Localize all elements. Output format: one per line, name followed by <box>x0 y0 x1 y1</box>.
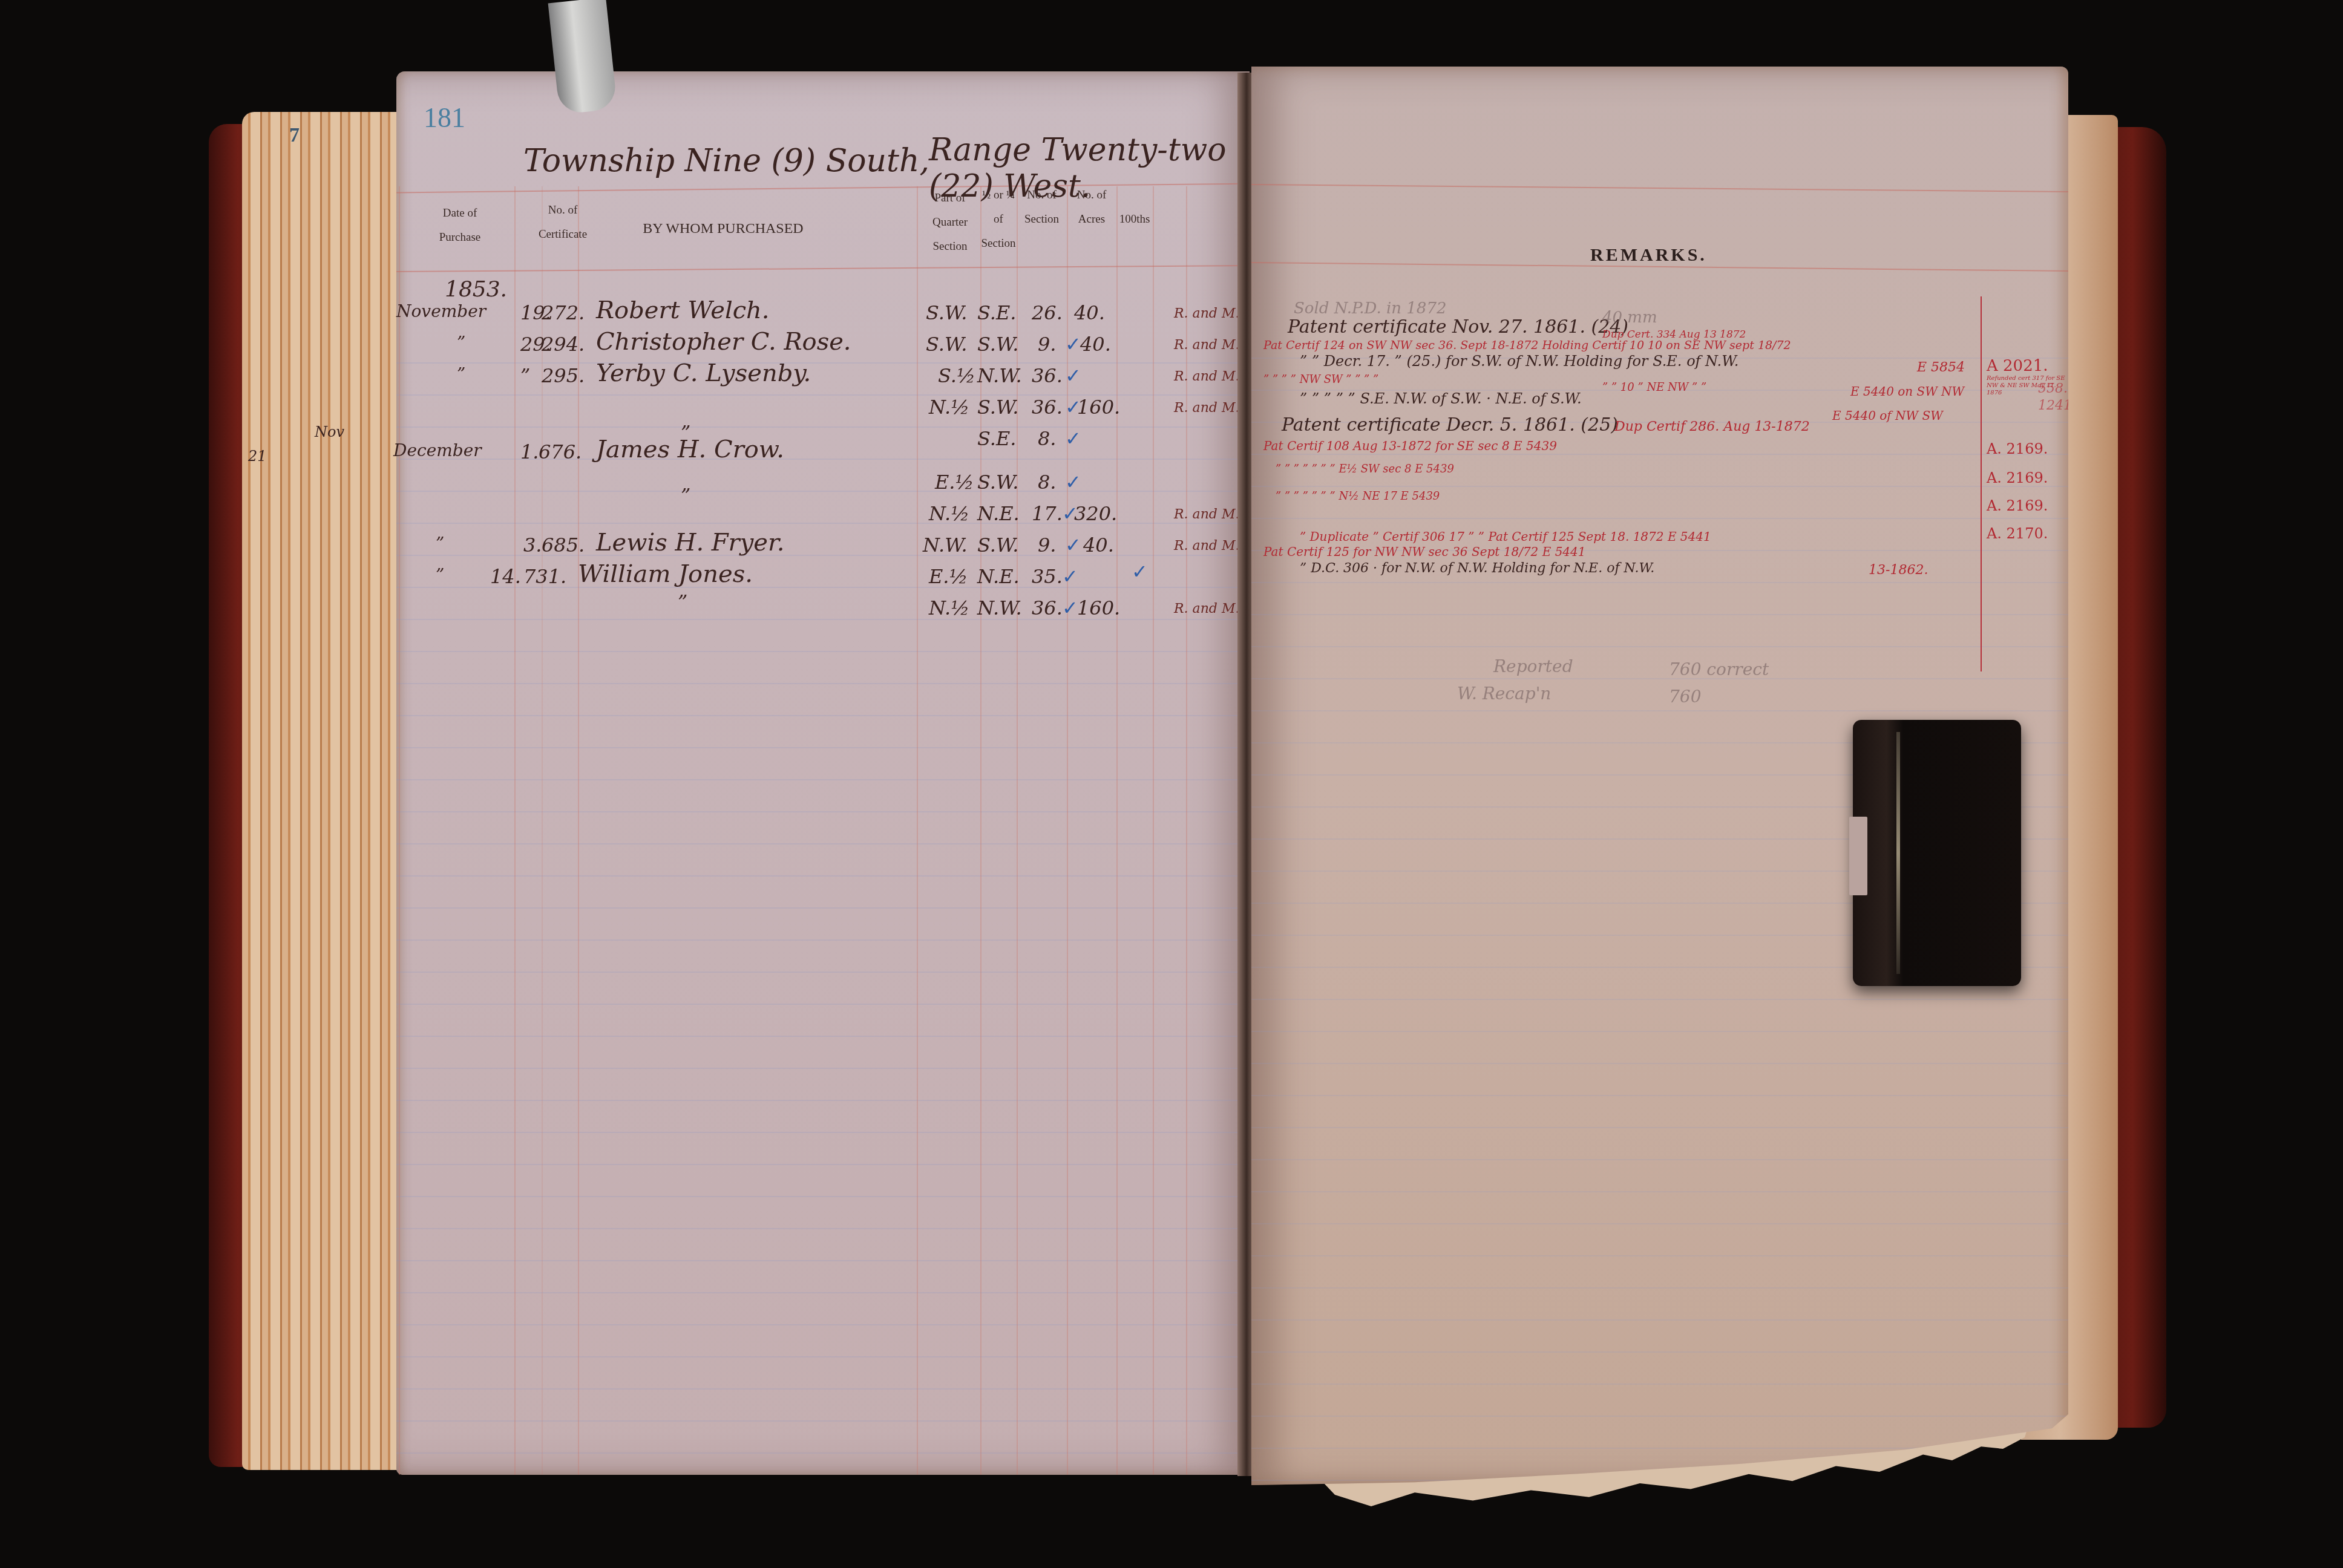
col-header-date: Date of Purchase <box>408 201 511 250</box>
remark-line: Pat Certif 108 Aug 13-1872 for SE sec 8 … <box>1263 439 1557 453</box>
pencil-note-value: 760 correct <box>1669 659 1769 679</box>
remark-line: Dup Cert. 334 Aug 13 1872 <box>1602 328 1746 341</box>
edge-tab-note: 21 <box>248 448 267 465</box>
township-title: Township Nine (9) South, <box>523 143 929 179</box>
remark-line: Patent certificate Decr. 5. 1861. (25) <box>1282 414 1618 436</box>
remark-line: ” ” 10 ” NE NW ” ” <box>1602 381 1706 394</box>
entry-quarter: N.E. <box>977 502 1020 525</box>
entry-certificate: 294. <box>542 333 585 356</box>
table-row: E.½ S.W. 8. ✓ <box>396 471 1250 502</box>
code-entry: A. 2169. <box>1987 497 2048 514</box>
entry-name: William Jones. <box>578 560 753 588</box>
remark-line: ” ” ” ” ” ” ” E½ SW sec 8 E 5439 <box>1276 463 1454 475</box>
entry-section: 36. <box>1032 396 1063 419</box>
entry-acres: 160. <box>1077 596 1120 619</box>
table-row: December 1. 676. James H. Crow. <box>396 440 1250 472</box>
remarks-heading: REMARKS. <box>1590 245 1707 266</box>
remark-line: ” ” ” ” NW SW ” ” ” ” <box>1263 373 1378 386</box>
col-header-part-quarter: Part of Quarter Section <box>917 186 983 259</box>
page-number: 181 <box>424 102 465 134</box>
pencil-note-value: 760 <box>1669 687 1701 707</box>
entry-part: S.W. <box>926 333 967 356</box>
entry-section: 36. <box>1032 364 1063 387</box>
entry-certificate: 676. <box>539 440 582 463</box>
entry-certificate: 272. <box>542 301 585 324</box>
entry-name: Christopher C. Rose. <box>596 328 851 356</box>
entry-quarter: S.W. <box>977 333 1018 356</box>
ditto-mark: ” <box>678 590 687 613</box>
remark-line: Sold N.P.D. in 1872 <box>1294 299 1446 318</box>
col-header-section: No. of Section <box>1017 183 1067 232</box>
entry-certificate: 731. <box>523 565 566 588</box>
pencil-note-label: W. Recap'n <box>1457 684 1551 704</box>
check-mark-icon: ✓ <box>1062 596 1078 619</box>
entry-part: N.W. <box>923 534 968 557</box>
remark-line: Pat Certif 125 for NW NW sec 36 Sept 18/… <box>1263 544 1586 559</box>
entry-name: Yerby C. Lysenby. <box>596 359 811 387</box>
entry-section: 36. <box>1032 596 1063 619</box>
table-row: ” 29. 294. Christopher C. Rose. S.W. S.W… <box>396 333 1250 364</box>
remark-line: ” ” Decr. 17. ” (25.) for S.W. of N.W. H… <box>1300 353 1738 370</box>
code-entry: A. 2170. <box>1987 525 2048 542</box>
red-margin-line <box>1981 296 1982 671</box>
entry-quarter: N.W. <box>977 596 1022 619</box>
code-entry: 558. <box>2038 381 2068 396</box>
entry-quarter: N.W. <box>977 364 1022 387</box>
check-mark-icon: ✓ <box>1065 534 1081 557</box>
remark-line: ” D.C. 306 · for N.W. of N.W. Holding fo… <box>1300 561 1654 576</box>
remark-line: 13-1862. <box>1869 563 1928 578</box>
entry-month: ” <box>457 364 465 384</box>
code-entry: A. 2169. <box>1987 440 2048 457</box>
col-header-by-whom: BY WHOM PURCHASED <box>596 217 850 241</box>
entry-day: 1. <box>520 440 539 463</box>
page-stack-left <box>242 112 399 1470</box>
entry-month: December <box>393 440 482 460</box>
entry-section: 17. <box>1032 502 1063 525</box>
remark-line: 40 mm <box>1602 309 1657 327</box>
entry-quarter: S.E. <box>977 301 1016 324</box>
entry-part: S.W. <box>926 301 967 324</box>
table-row: ” 3. 685. Lewis H. Fryer. N.W. S.W. 9. ✓… <box>396 534 1250 565</box>
col-header-hundredths: 100ths <box>1116 207 1153 232</box>
entry-day: ” <box>520 364 530 387</box>
entry-section: 8. <box>1038 471 1057 494</box>
remark-line: Dup Certif 286. Aug 13-1872 <box>1614 419 1810 434</box>
table-row: ” N.½ N.W. 36. ✓ 160. R. and M.R. <box>396 596 1250 628</box>
col-header-certificate: No. of Certificate <box>536 198 590 247</box>
code-entry: A 2021. <box>1987 357 2048 375</box>
metal-clip-marker <box>548 0 618 115</box>
remark-line: Patent certificate Nov. 27. 1861. (24) <box>1288 316 1628 338</box>
entry-acres: 160. <box>1077 396 1120 419</box>
remark-line: ” ” ” ” ” S.E. N.W. of S.W. · N.E. of S.… <box>1300 390 1582 407</box>
entry-part: E.½ <box>929 565 968 588</box>
entry-day: 3. <box>523 534 542 557</box>
entry-acres: 40. <box>1074 301 1105 324</box>
entry-section: 9. <box>1038 534 1057 557</box>
entry-name: Robert Welch. <box>596 296 770 324</box>
entry-day: 14. <box>490 565 521 588</box>
entry-quarter: N.E. <box>977 565 1020 588</box>
edge-tab-note: Nov <box>315 423 344 440</box>
entry-quarter: S.W. <box>977 471 1018 494</box>
remark-line: ” ” ” ” ” ” ” N½ NE 17 E 5439 <box>1276 490 1440 503</box>
entry-section: 35. <box>1032 565 1063 588</box>
entry-quarter: S.W. <box>977 396 1018 419</box>
entry-part: N.½ <box>929 396 969 419</box>
entry-acres: 40. <box>1083 534 1114 557</box>
code-entry: E 5440 on SW NW <box>1850 384 1964 399</box>
entry-certificate: 295. <box>542 364 585 387</box>
code-entry: E 5854 <box>1917 360 1965 375</box>
remark-line: ” Duplicate ” Certif 306 17 ” ” Pat Cert… <box>1300 529 1711 544</box>
check-mark-icon: ✓ <box>1132 560 1148 583</box>
table-row: ” 14. 731. William Jones. E.½ N.E. 35. ✓… <box>396 565 1250 596</box>
entry-certificate: 685. <box>542 534 585 557</box>
edge-tab-number: 7 <box>289 124 300 147</box>
ditto-mark: ” <box>681 484 690 507</box>
entry-part: N.½ <box>929 502 969 525</box>
entry-month: ” <box>457 333 465 353</box>
code-entry: E 5440 of NW SW <box>1832 408 1943 423</box>
check-mark-icon: ✓ <box>1065 364 1081 387</box>
check-mark-icon: ✓ <box>1062 565 1078 588</box>
code-entry: A. 2169. <box>1987 469 2048 486</box>
table-row: ” N.½ N.E. 17. ✓ 320. R. and M.R. <box>396 502 1250 534</box>
entry-month: November <box>396 301 486 321</box>
entry-part: N.½ <box>929 596 969 619</box>
entry-acres: 40. <box>1080 333 1111 356</box>
table-row: N.½ S.W. 36. ✓ 160. R. and M.R. <box>396 396 1250 427</box>
entry-section: 9. <box>1038 333 1057 356</box>
page-weight-block <box>1853 720 2021 986</box>
entry-acres: 320. <box>1074 502 1117 525</box>
col-header-acres: No. of Acres <box>1067 183 1116 232</box>
entry-part: S.½ <box>938 364 975 387</box>
entry-quarter: S.W. <box>977 534 1018 557</box>
col-header-half-quarter: ½ or ¼ of Section <box>980 183 1017 256</box>
entry-name: James H. Crow. <box>596 436 784 463</box>
entry-month: ” <box>436 565 444 585</box>
entry-month: ” <box>436 534 444 554</box>
pencil-note-label: Reported <box>1493 656 1573 676</box>
remark-line: Pat Certif 124 on SW NW sec 36. Sept 18-… <box>1263 339 1791 352</box>
left-page: 181 Township Nine (9) South, Range Twent… <box>396 71 1250 1475</box>
check-mark-icon: ✓ <box>1065 471 1081 494</box>
entry-section: 26. <box>1032 301 1063 324</box>
entry-name: Lewis H. Fryer. <box>596 529 784 557</box>
table-row: ” ” 295. Yerby C. Lysenby. S.½ N.W. 36. … <box>396 364 1250 396</box>
year-label: 1853. <box>445 277 507 302</box>
entry-part: E.½ <box>935 471 974 494</box>
check-mark-icon: ✓ <box>1065 333 1081 356</box>
